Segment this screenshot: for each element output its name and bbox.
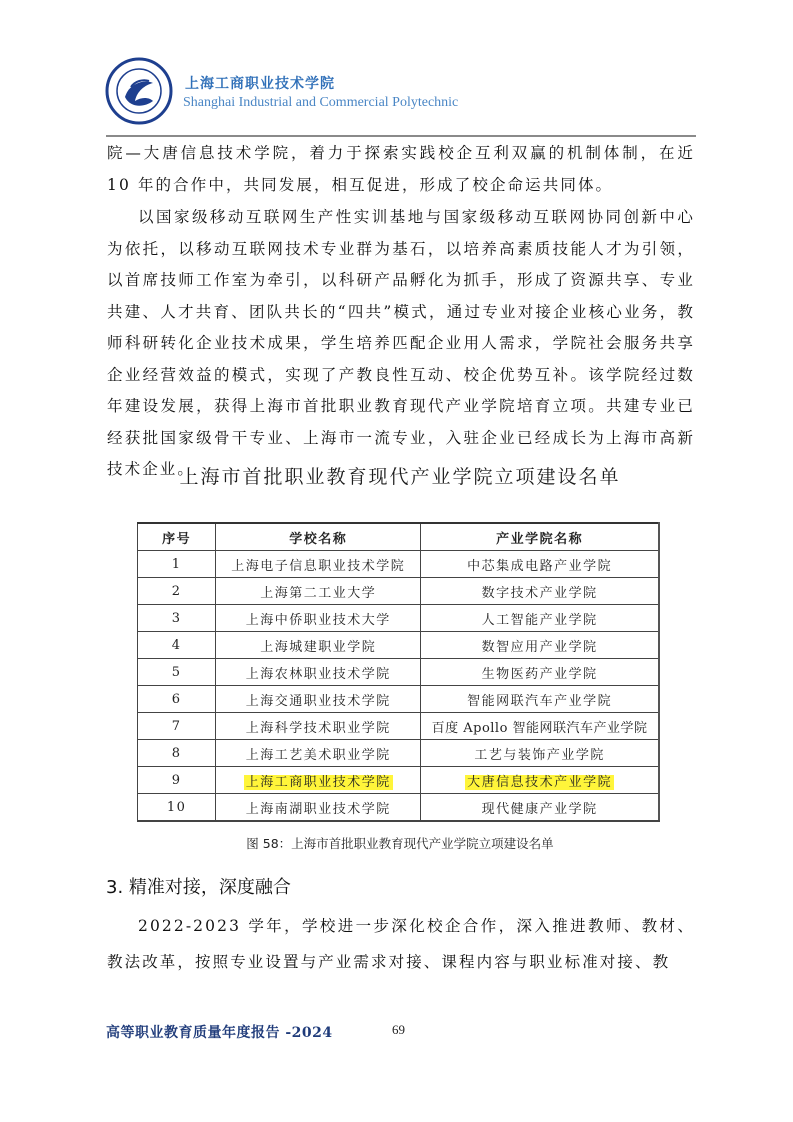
school-name-en: Shanghai Industrial and Commercial Polyt… [183,95,458,111]
header-school: 学校名称 [216,523,421,551]
table-row: 8 上海工艺美术职业学院 工艺与装饰产业学院 [138,740,660,767]
table-row: 4 上海城建职业学院 数智应用产业学院 [138,632,660,659]
cell-school: 上海第二工业大学 [216,578,421,605]
cell-school: 上海科学技术职业学院 [216,713,421,740]
school-emblem-icon [105,57,173,125]
paragraph-1: 院—大唐信息技术学院，着力于探索实践校企互利双赢的机制体制，在近 10 年的合作… [107,138,695,201]
industry-college-table: 序号 学校名称 产业学院名称 1 上海电子信息职业技术学院 中芯集成电路产业学院… [137,522,660,822]
header-college: 产业学院名称 [421,523,659,551]
header-no: 序号 [138,523,216,551]
paragraph-3: 2022-2023 学年，学校进一步深化校企合作，深入推进教师、教材、教法改革，… [107,908,695,980]
cell-school: 上海电子信息职业技术学院 [216,551,421,578]
highlight-school: 上海工商职业技术学院 [244,775,393,790]
cell-school: 上海城建职业学院 [216,632,421,659]
cell-college: 百度 Apollo 智能网联汽车产业学院 [421,713,659,740]
cell-school: 上海交通职业技术学院 [216,686,421,713]
cell-college: 生物医药产业学院 [421,659,659,686]
cell-college: 大唐信息技术产业学院 [421,767,659,794]
table-row: 10 上海南湖职业技术学院 现代健康产业学院 [138,794,660,822]
table-row: 7 上海科学技术职业学院 百度 Apollo 智能网联汽车产业学院 [138,713,660,740]
table-row: 6 上海交通职业技术学院 智能网联汽车产业学院 [138,686,660,713]
table-row: 2 上海第二工业大学 数字技术产业学院 [138,578,660,605]
figure-title: 上海市首批职业教育现代产业学院立项建设名单 [140,462,660,489]
figure-caption: 图 58：上海市首批职业教育现代产业学院立项建设名单 [200,834,600,852]
table-row-highlighted: 9 上海工商职业技术学院 大唐信息技术产业学院 [138,767,660,794]
cell-no: 2 [138,578,216,605]
cell-school: 上海工商职业技术学院 [216,767,421,794]
cell-college: 中芯集成电路产业学院 [421,551,659,578]
cell-no: 4 [138,632,216,659]
section-heading: 3. 精准对接，深度融合 [106,873,291,899]
cell-school: 上海工艺美术职业学院 [216,740,421,767]
page-header: 上海工商职业技术学院 Shanghai Industrial and Comme… [105,55,695,133]
table-row: 1 上海电子信息职业技术学院 中芯集成电路产业学院 [138,551,660,578]
footer-report-title: 高等职业教育质量年度报告 -2024 [106,1022,333,1042]
cell-college: 现代健康产业学院 [421,794,659,822]
header-divider [106,135,696,137]
cell-no: 6 [138,686,216,713]
cell-school: 上海南湖职业技术学院 [216,794,421,822]
cell-no: 3 [138,605,216,632]
cell-no: 9 [138,767,216,794]
highlight-college: 大唐信息技术产业学院 [465,775,614,790]
cell-no: 7 [138,713,216,740]
paragraph-2: 以国家级移动互联网生产性实训基地与国家级移动互联网协同创新中心为依托，以移动互联… [107,202,695,486]
cell-college: 工艺与装饰产业学院 [421,740,659,767]
page-number: 69 [392,1022,405,1038]
table-header-row: 序号 学校名称 产业学院名称 [138,523,660,551]
cell-no: 10 [138,794,216,822]
cell-no: 1 [138,551,216,578]
cell-no: 8 [138,740,216,767]
cell-college: 人工智能产业学院 [421,605,659,632]
cell-school: 上海农林职业技术学院 [216,659,421,686]
cell-college: 数智应用产业学院 [421,632,659,659]
cell-college: 智能网联汽车产业学院 [421,686,659,713]
cell-college: 数字技术产业学院 [421,578,659,605]
table-row: 5 上海农林职业技术学院 生物医药产业学院 [138,659,660,686]
table-row: 3 上海中侨职业技术大学 人工智能产业学院 [138,605,660,632]
cell-school: 上海中侨职业技术大学 [216,605,421,632]
school-name-cn: 上海工商职业技术学院 [185,73,335,93]
cell-no: 5 [138,659,216,686]
